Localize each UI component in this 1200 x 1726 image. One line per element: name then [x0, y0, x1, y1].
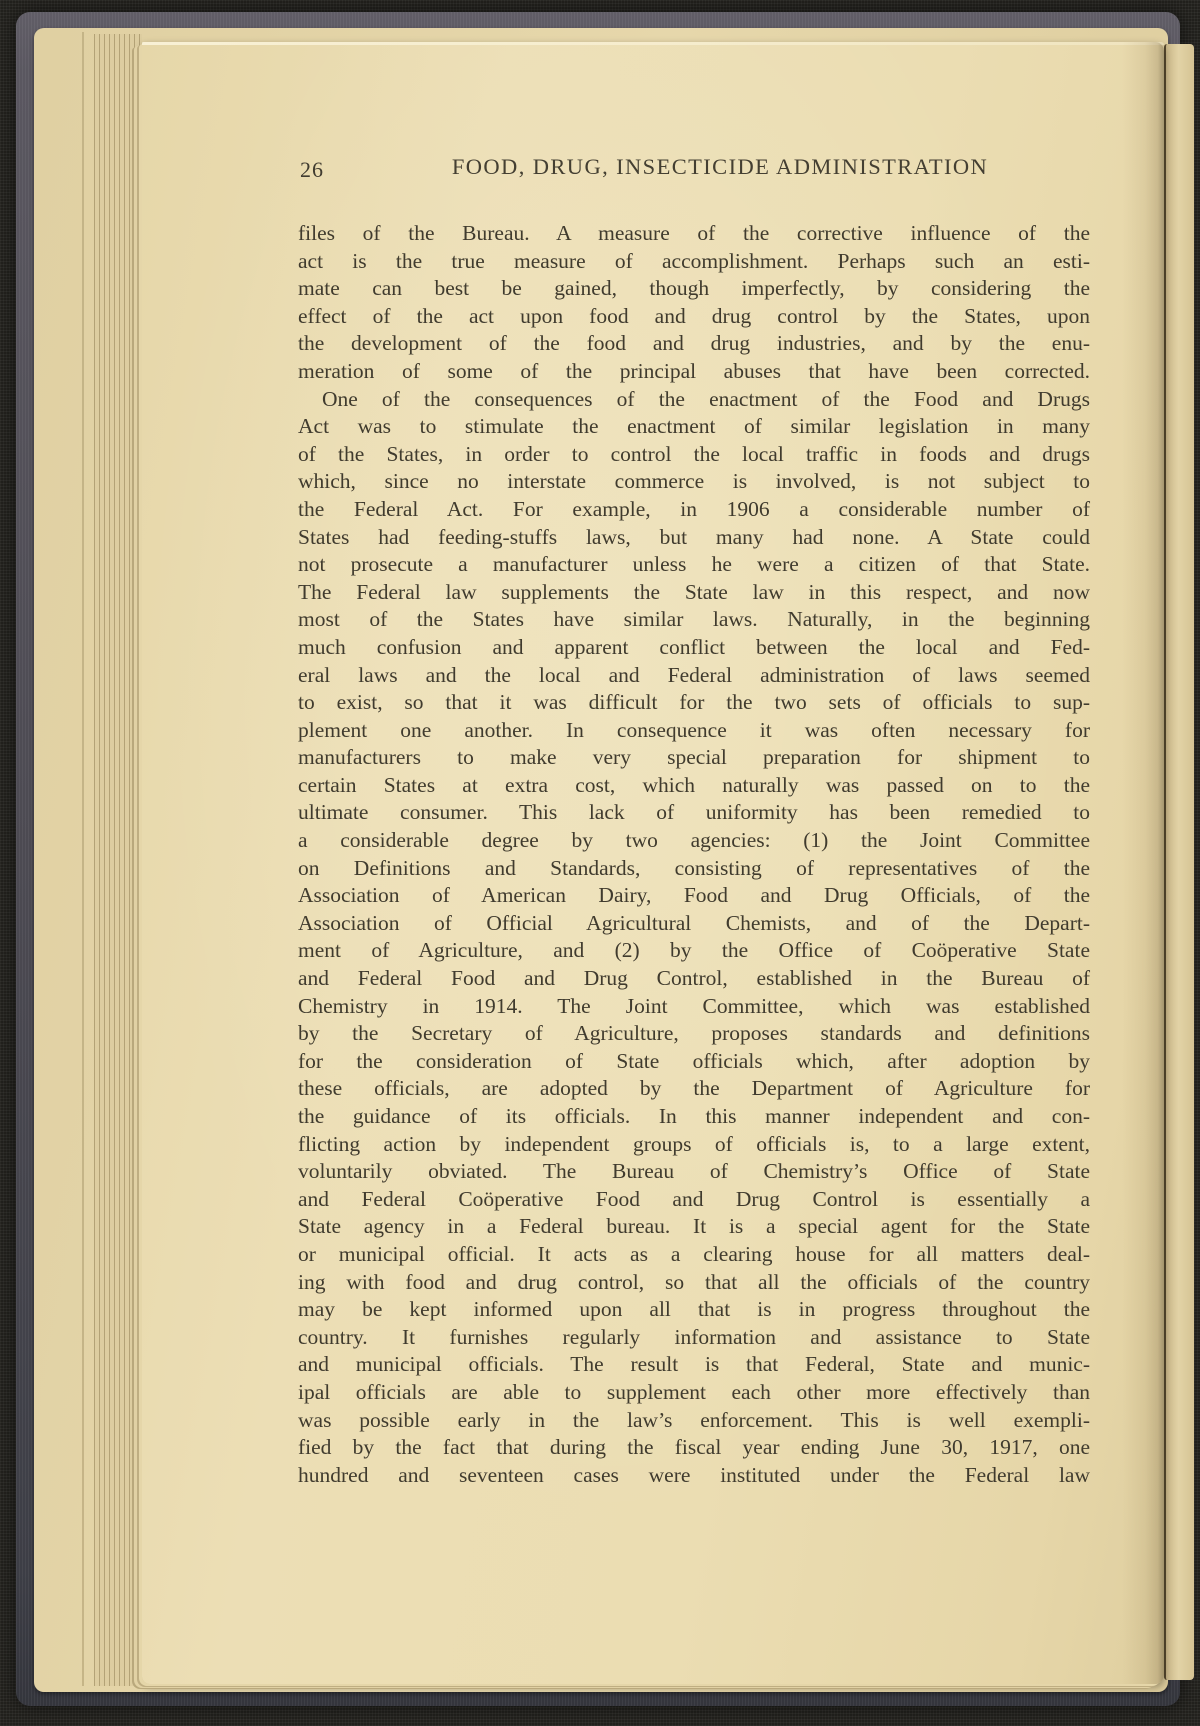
text-line: ment of Agriculture, and (2) by the Offi… [298, 937, 1090, 965]
text-line: plement one another. In consequence it w… [298, 717, 1090, 745]
text-line: and municipal officials. The result is t… [298, 1351, 1090, 1379]
text-line: manufacturers to make very special prepa… [298, 744, 1090, 772]
text-line: on Definitions and Standards, consisting… [298, 855, 1090, 883]
text-line: these officials, are adopted by the Depa… [298, 1075, 1090, 1103]
text-line: fied by the fact that during the fiscal … [298, 1434, 1090, 1462]
book-scan-photo: 26 FOOD, DRUG, INSECTICIDE ADMINISTRATIO… [0, 0, 1200, 1726]
text-line: mate can best be gained, though imperfec… [298, 275, 1090, 303]
text-line: and Federal Coöperative Food and Drug Co… [298, 1186, 1090, 1214]
gutter-facing-page [1164, 44, 1194, 1680]
text-line: States had feeding-stuffs laws, but many… [298, 524, 1090, 552]
text-line: Association of Official Agricultural Che… [298, 910, 1090, 938]
text-line: country. It furnishes regularly informat… [298, 1324, 1090, 1352]
text-line: certain States at extra cost, which natu… [298, 772, 1090, 800]
text-line: meration of some of the principal abuses… [298, 358, 1090, 386]
header-title: FOOD, DRUG, INSECTICIDE ADMINISTRATION [298, 154, 1090, 180]
stacked-page-edges [94, 34, 142, 1686]
text-line: most of the States have similar laws. Na… [298, 606, 1090, 634]
text-line: Association of American Dairy, Food and … [298, 882, 1090, 910]
text-line: effect of the act upon food and drug con… [298, 303, 1090, 331]
text-line: ipal officials are able to supplement ea… [298, 1379, 1090, 1407]
text-line: Chemistry in 1914. The Joint Committee, … [298, 993, 1090, 1021]
text-line: Act was to stimulate the enactment of si… [298, 413, 1090, 441]
book-page: 26 FOOD, DRUG, INSECTICIDE ADMINISTRATIO… [142, 42, 1164, 1684]
page-number: 26 [300, 157, 324, 183]
text-line: State agency in a Federal bureau. It is … [298, 1213, 1090, 1241]
text-line: of the States, in order to control the l… [298, 441, 1090, 469]
text-line: files of the Bureau. A measure of the co… [298, 220, 1090, 248]
text-line: act is the true measure of accomplishmen… [298, 248, 1090, 276]
text-line: to exist, so that it was difficult for t… [298, 689, 1090, 717]
text-line: or municipal official. It acts as a clea… [298, 1241, 1090, 1269]
text-block: files of the Bureau. A measure of the co… [298, 220, 1090, 1489]
text-line: eral laws and the local and Federal admi… [298, 662, 1090, 690]
text-line: was possible early in the law’s enforcem… [298, 1407, 1090, 1435]
text-line: may be kept informed upon all that is in… [298, 1296, 1090, 1324]
text-line: for the consideration of State officials… [298, 1048, 1090, 1076]
text-line: flicting action by independent groups of… [298, 1131, 1090, 1159]
text-line: voluntarily obviated. The Bureau of Chem… [298, 1158, 1090, 1186]
text-line: and Federal Food and Drug Control, estab… [298, 965, 1090, 993]
text-line: The Federal law supplements the State la… [298, 579, 1090, 607]
text-line: much confusion and apparent conflict bet… [298, 634, 1090, 662]
text-line: not prosecute a manufacturer unless he w… [298, 551, 1090, 579]
text-line: the guidance of its officials. In this m… [298, 1103, 1090, 1131]
text-line: One of the consequences of the enactment… [298, 386, 1090, 414]
text-line: ing with food and drug control, so that … [298, 1269, 1090, 1297]
text-line: ultimate consumer. This lack of uniformi… [298, 799, 1090, 827]
running-header: 26 FOOD, DRUG, INSECTICIDE ADMINISTRATIO… [298, 154, 1090, 184]
text-line: the development of the food and drug ind… [298, 330, 1090, 358]
text-line: by the Secretary of Agriculture, propose… [298, 1020, 1090, 1048]
text-line: hundred and seventeen cases were institu… [298, 1462, 1090, 1490]
text-line: a considerable degree by two agencies: (… [298, 827, 1090, 855]
under-page-edge-line [82, 32, 84, 1686]
text-line: the Federal Act. For example, in 1906 a … [298, 496, 1090, 524]
text-line: which, since no interstate commerce is i… [298, 468, 1090, 496]
